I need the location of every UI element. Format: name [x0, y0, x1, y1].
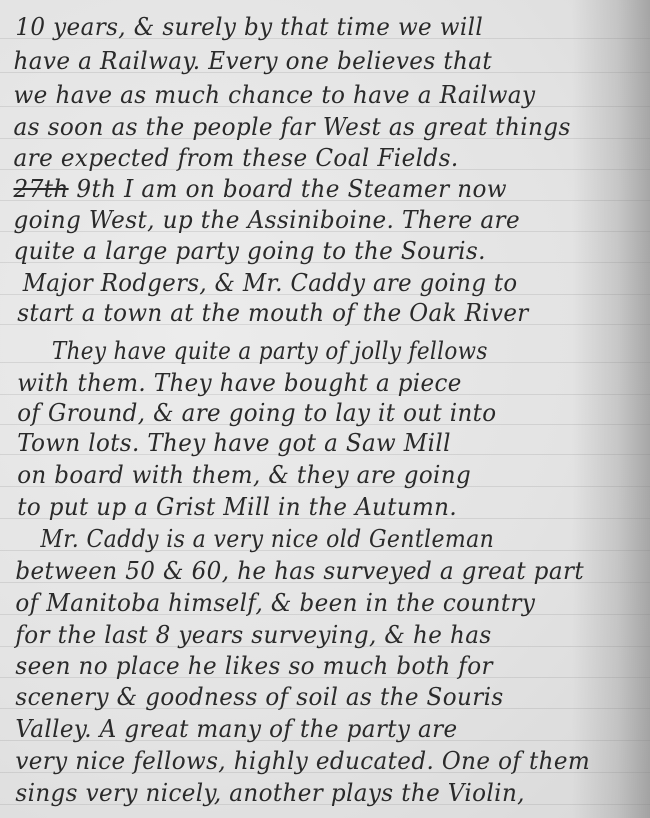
line-text: start a town at the mouth of the Oak Riv…	[17, 298, 528, 328]
text-line-25: sings very nicely, another plays the Vio…	[0, 778, 639, 808]
line-text: seen no place he likes so much both for	[15, 651, 492, 681]
line-text: of Manitoba himself, & been in the count…	[15, 588, 535, 618]
text-line-7: going West, up the Assiniboine. There ar…	[0, 205, 639, 235]
text-line-24: very nice fellows, highly educated. One …	[0, 746, 639, 776]
struck-date: 27th	[13, 175, 68, 203]
text-line-12: with them. They have bought a piece	[0, 368, 639, 398]
text-line-20: for the last 8 years surveying, & he has	[0, 620, 639, 650]
entry-date: 9th	[76, 175, 116, 203]
text-line-23: Valley. A great many of the party are	[0, 714, 639, 744]
text-line-15: on board with them, & they are going	[0, 460, 639, 490]
line-text: 10 years, & surely by that time we will	[15, 12, 483, 42]
line-text: have a Railway. Every one believes that	[13, 46, 492, 76]
line-text: are expected from these Coal Fields.	[13, 143, 458, 173]
text-line-14: Town lots. They have got a Saw Mill	[0, 428, 639, 458]
line-text: I am on board the Steamer now	[124, 174, 507, 204]
line-text: with them. They have bought a piece	[17, 368, 461, 398]
text-line-18: between 50 & 60, he has surveyed a great…	[0, 556, 639, 586]
text-line-2: have a Railway. Every one believes that	[0, 46, 639, 76]
text-line-3: we have as much chance to have a Railway	[0, 80, 639, 110]
line-text: very nice fellows, highly educated. One …	[15, 746, 590, 776]
text-line-21: seen no place he likes so much both for	[0, 651, 639, 681]
text-line-5: are expected from these Coal Fields.	[0, 143, 639, 173]
line-text: Town lots. They have got a Saw Mill	[17, 428, 451, 458]
text-line-10: start a town at the mouth of the Oak Riv…	[0, 298, 639, 328]
line-text: scenery & goodness of soil as the Souris	[15, 682, 503, 712]
text-line-11: They have quite a party of jolly fellows	[0, 336, 634, 366]
line-text: Valley. A great many of the party are	[15, 714, 457, 744]
text-line-17: Mr. Caddy is a very nice old Gentleman	[0, 524, 636, 554]
text-line-13: of Ground, & are going to lay it out int…	[0, 398, 639, 428]
text-line-9: Major Rodgers, & Mr. Caddy are going to	[0, 268, 639, 298]
text-line-19: of Manitoba himself, & been in the count…	[0, 588, 639, 618]
text-line-1: 10 years, & surely by that time we will	[0, 12, 639, 42]
text-line-4: as soon as the people far West as great …	[0, 112, 639, 142]
text-line-16: to put up a Grist Mill in the Autumn.	[0, 492, 639, 522]
line-text: sings very nicely, another plays the Vio…	[15, 778, 525, 808]
line-text: Mr. Caddy is a very nice old Gentleman	[40, 524, 494, 554]
text-line-22: scenery & goodness of soil as the Souris	[0, 682, 639, 712]
line-text: They have quite a party of jolly fellows	[52, 336, 488, 366]
line-text: between 50 & 60, he has surveyed a great…	[15, 556, 584, 586]
line-text: Major Rodgers, & Mr. Caddy are going to	[23, 268, 518, 298]
text-line-6: 27th 9th I am on board the Steamer now	[0, 174, 639, 204]
line-text: for the last 8 years surveying, & he has	[15, 620, 491, 650]
line-text: on board with them, & they are going	[17, 460, 471, 490]
text-line-8: quite a large party going to the Souris.	[0, 236, 639, 266]
line-text: of Ground, & are going to lay it out int…	[17, 398, 496, 428]
line-text: we have as much chance to have a Railway	[13, 80, 535, 110]
line-text: to put up a Grist Mill in the Autumn.	[17, 492, 457, 522]
manuscript-page: 10 years, & surely by that time we will …	[0, 0, 650, 818]
line-text: quite a large party going to the Souris.	[13, 236, 485, 266]
line-text: going West, up the Assiniboine. There ar…	[13, 205, 520, 235]
line-text: as soon as the people far West as great …	[13, 112, 570, 142]
